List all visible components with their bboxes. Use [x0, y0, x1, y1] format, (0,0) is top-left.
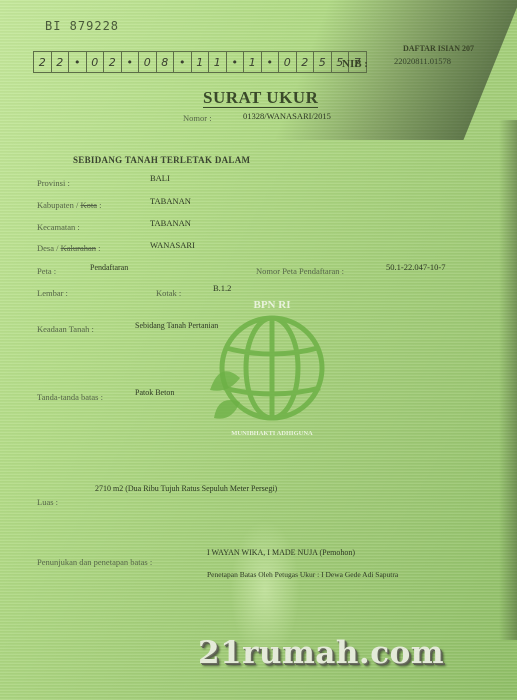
peta-value: Pendaftaran: [90, 263, 128, 272]
code-box: 0: [87, 52, 105, 72]
nomor-label: Nomor :: [183, 113, 212, 123]
code-box: •: [227, 52, 245, 72]
nomor-peta-value: 50.1-22.047-10-7: [386, 262, 446, 272]
parcel-code-boxes: 22•02•08•11•1•02557: [33, 51, 367, 73]
code-box: 1: [244, 52, 262, 72]
kabupaten-label: Kabupaten / Kota :: [37, 200, 101, 210]
tanda-batas-value: Patok Beton: [135, 388, 174, 397]
code-box: 1: [209, 52, 227, 72]
code-box: 0: [279, 52, 297, 72]
kecamatan-value: TABANAN: [150, 218, 191, 228]
peta-label: Peta :: [37, 266, 56, 276]
desa-label: Desa / Kalurahan :: [37, 243, 101, 253]
kotak-label: Kotak :: [156, 288, 181, 298]
desa-value: WANASARI: [150, 240, 195, 250]
code-box: 1: [192, 52, 210, 72]
luas-label: Luas :: [37, 497, 58, 507]
serial-number: BI 879228: [45, 19, 119, 33]
svg-text:BPN RI: BPN RI: [254, 299, 291, 311]
code-box: •: [122, 52, 140, 72]
nomor-peta-label: Nomor Peta Pendaftaran :: [256, 266, 344, 276]
kabupaten-value: TABANAN: [150, 196, 191, 206]
code-box: 2: [34, 52, 52, 72]
provinsi-label: Provinsi :: [37, 178, 70, 188]
penunjukan-value: I WAYAN WIKA, I MADE NUJA (Pemohon): [207, 548, 355, 557]
nib-value: 22020811.01578: [394, 56, 451, 66]
document-title: SURAT UKUR: [203, 89, 318, 108]
code-box: 0: [139, 52, 157, 72]
penunjukan-label: Penunjukan dan penetapan batas :: [37, 557, 152, 567]
code-box: 5: [314, 52, 332, 72]
code-box: •: [69, 52, 87, 72]
bpn-seal-icon: BPN RI MUNIBHAKTI ADHIGUNA: [200, 290, 340, 470]
watermark-text: 21rumah.com: [198, 635, 444, 671]
tanda-batas-label: Tanda-tanda batas :: [37, 392, 103, 402]
form-label: DAFTAR ISIAN 207: [403, 44, 474, 53]
keadaan-tanah-label: Keadaan Tanah :: [37, 324, 94, 334]
lembar-label: Lembar :: [37, 288, 68, 298]
page-edge-shadow: [499, 120, 517, 640]
svg-text:MUNIBHAKTI ADHIGUNA: MUNIBHAKTI ADHIGUNA: [231, 430, 313, 437]
code-box: 2: [297, 52, 315, 72]
nib-label: NIB :: [342, 58, 368, 70]
provinsi-value: BALI: [150, 173, 170, 183]
code-box: 2: [104, 52, 122, 72]
nomor-value: 01328/WANASARI/2015: [243, 111, 331, 121]
code-box: 8: [157, 52, 175, 72]
kecamatan-label: Kecamatan :: [37, 222, 80, 232]
luas-value: 2710 m2 (Dua Ribu Tujuh Ratus Sepuluh Me…: [95, 484, 277, 493]
code-box: •: [262, 52, 280, 72]
code-box: 2: [52, 52, 70, 72]
code-box: •: [174, 52, 192, 72]
section-heading: SEBIDANG TANAH TERLETAK DALAM: [73, 155, 250, 165]
penetapan-value: Penetapan Batas Oleh Petugas Ukur : I De…: [207, 570, 398, 579]
